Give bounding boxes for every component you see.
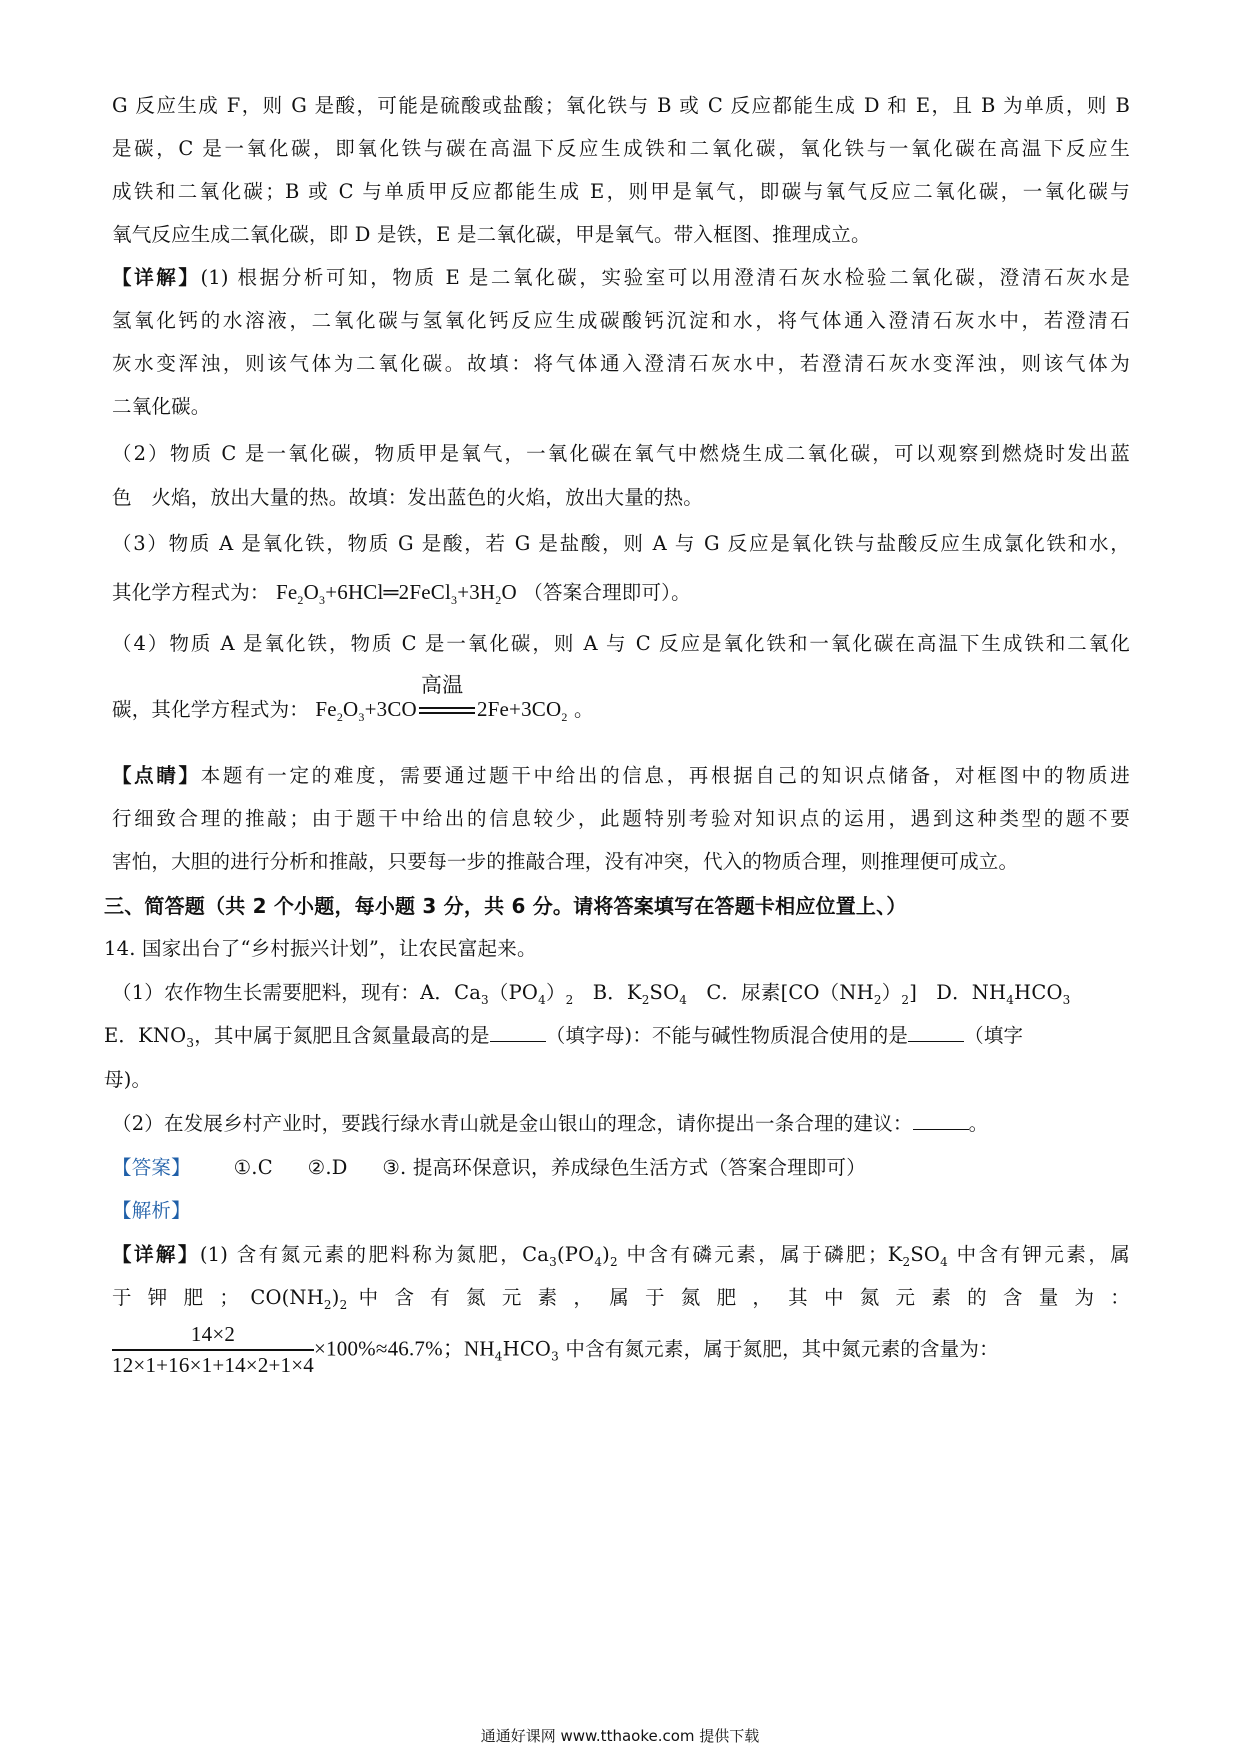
detail-paragraph-3: （3）物质 A 是氧化铁，物质 G 是酸，若 G 是盐酸，则 A 与 G 反应是… — [112, 530, 1130, 558]
comment-line: 行细致合理的推敲；由于题干中给出的信息较少，此题特别考验对知识点的运用，遇到这种… — [112, 805, 1130, 833]
option-c: C．尿素[CO（NH2）2] — [706, 981, 917, 1004]
answer-blank-3 — [913, 1111, 969, 1130]
answer-item-1: ①.C — [234, 1156, 273, 1179]
analysis-line: 是碳，C 是一氧化碳，即氧化铁与碳在高温下反应生成铁和二氧化碳，氧化铁与一氧化碳… — [112, 135, 1130, 163]
detail-line: 灰水变浑浊，则该气体为二氧化碳。故填：将气体通入澄清石灰水中，若澄清石灰水变浑浊… — [112, 350, 1130, 378]
q14-detail-line-2: 于 钾 肥 ； CO(NH2)2 中 含 有 氮 元 素 ， 属 于 氮 肥 ，… — [112, 1284, 1130, 1312]
answer-item-3: ③. 提高环保意识，养成绿色生活方式（答案合理即可） — [382, 1156, 866, 1179]
question-part-1-line-3: 母)。 — [104, 1066, 151, 1094]
option-e: E．KNO — [104, 1024, 186, 1047]
comment-paragraph: 【点睛】本题有一定的难度，需要通过题干中给出的信息，再根据自己的知识点储备，对框… — [112, 762, 1130, 790]
detail-paragraph-1: 【详解】(1) 根据分析可知，物质 E 是二氧化碳，实验室可以用澄清石灰水检验二… — [112, 264, 1130, 292]
chemical-equation-fe2o3-co: Fe2O3+3CO高温2Fe+3CO2 — [315, 697, 567, 721]
q14-detail-line-3: 14×212×1+16×1+14×2+1×4×100%≈46.7%；NH4HCO… — [112, 1322, 999, 1378]
question-part-1-line-2: E．KNO3，其中属于氮肥且含氮量最高的是（填字母)：不能与碱性物质混合使用的是… — [104, 1022, 1023, 1050]
chemical-equation-fe2o3-hcl: Fe2O3+6HCl═2FeCl3+3H2O — [276, 580, 517, 604]
footer-watermark: 通通好课网 www.tthaoke.com 提供下载 — [0, 1725, 1240, 1746]
detail-paragraph-2: （2）物质 C 是一氧化碳，物质甲是氧气，一氧化碳在氧气中燃烧生成二氧化碳，可以… — [112, 440, 1130, 468]
equation-line-3: 其化学方程式为： Fe2O3+6HCl═2FeCl3+3H2O （答案合理即可）… — [112, 578, 691, 607]
section-heading: 三、简答题（共 2 个小题，每小题 3 分，共 6 分。请将答案填写在答题卡相应… — [104, 892, 907, 920]
comment-label: 【点睛】 — [112, 764, 201, 787]
equation-line-4: 碳，其化学方程式为： Fe2O3+3CO高温2Fe+3CO2 。 — [112, 695, 594, 725]
analysis-label: 【解析】 — [112, 1197, 191, 1225]
detail-line: 氢氧化钙的水溶液，二氧化碳与氢氧化钙反应生成碳酸钙沉淀和水，将气体通入澄清石灰水… — [112, 307, 1130, 335]
detail-line: 色 火焰，放出大量的热。故填：发出蓝色的火焰，放出大量的热。 — [112, 484, 703, 512]
analysis-line: 成铁和二氧化碳；B 或 C 与单质甲反应都能生成 E，则甲是氧气，即碳与氧气反应… — [112, 178, 1130, 206]
analysis-line: G 反应生成 F，则 G 是酸，可能是硫酸或盐酸；氧化铁与 B 或 C 反应都能… — [112, 92, 1130, 120]
question-part-2: （2）在发展乡村产业时，要践行绿水青山就是金山银山的理念，请你提出一条合理的建议… — [112, 1110, 988, 1138]
detail-label: 【详解】 — [112, 266, 201, 289]
comment-line: 害怕，大胆的进行分析和推敲，只要每一步的推敲合理，没有冲突，代入的物质合理，则推… — [112, 848, 1018, 876]
reaction-condition: 高温 — [419, 697, 475, 725]
option-b: B．K2SO4 — [593, 981, 687, 1004]
option-d: D．NH4HCO3 — [936, 981, 1070, 1004]
detail-paragraph-4: （4）物质 A 是氧化铁，物质 C 是一氧化碳，则 A 与 C 反应是氧化铁和一… — [112, 630, 1130, 658]
answer-blank-2 — [908, 1023, 964, 1042]
question-stem: 14. 国家出台了“乡村振兴计划”，让农民富起来。 — [104, 935, 537, 963]
detail-label: 【详解】 — [112, 1243, 200, 1266]
detail-line: 二氧化碳。 — [112, 393, 211, 421]
analysis-line: 氧气反应生成二氧化碳，即 D 是铁，E 是二氧化碳，甲是氧气。带入框图、推理成立… — [112, 221, 871, 249]
answer-blank-1 — [490, 1023, 546, 1042]
answer-row: 【答案】 ①.C ②.D ③. 提高环保意识，养成绿色生活方式（答案合理即可） — [112, 1154, 866, 1182]
nitrogen-content-fraction: 14×212×1+16×1+14×2+1×4 — [112, 1322, 314, 1378]
answer-item-2: ②.D — [308, 1156, 348, 1179]
option-a: A．Ca3（PO4）2 — [420, 981, 573, 1004]
q14-detail-line-1: 【详解】(1) 含有氮元素的肥料称为氮肥，Ca3(PO4)2 中含有磷元素，属于… — [112, 1241, 1130, 1269]
question-part-1: （1）农作物生长需要肥料，现有：A．Ca3（PO4）2 B．K2SO4 C．尿素… — [112, 979, 1070, 1007]
answer-label: 【答案】 — [112, 1156, 191, 1179]
